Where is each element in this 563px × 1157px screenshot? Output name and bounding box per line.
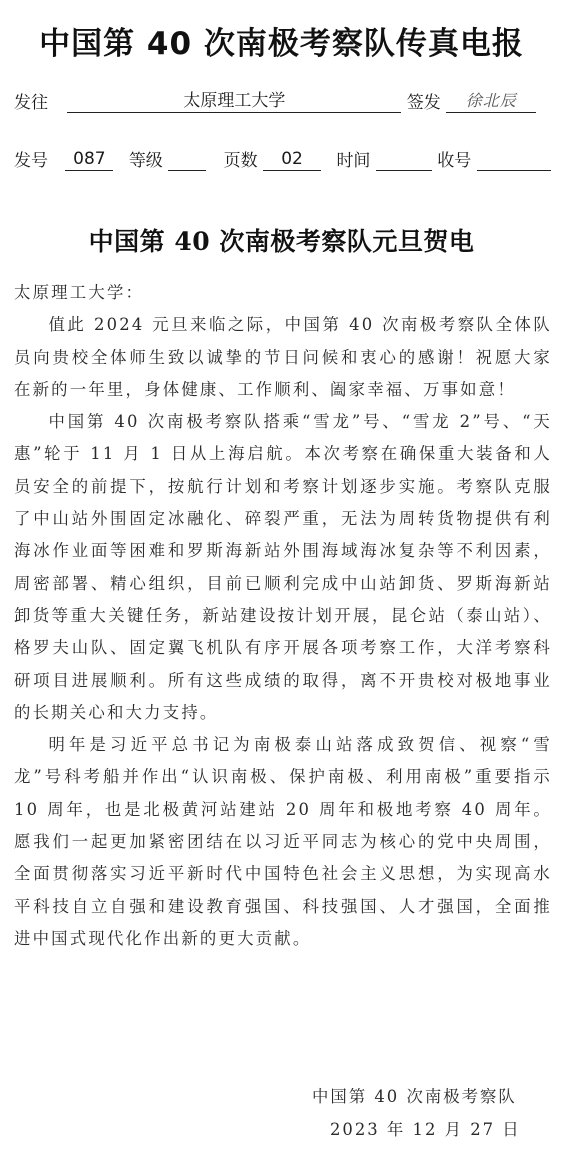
serial-field: 087 — [65, 148, 113, 171]
receipt-field — [477, 148, 551, 171]
letter-title: 中国第 40 次南极考察队元旦贺电 — [0, 222, 563, 258]
serial-label: 发号 — [14, 146, 48, 171]
fax-title: 中国第 40 次南极考察队传真电报 — [0, 18, 563, 63]
salutation: 太原理工大学： — [14, 277, 552, 309]
fax-meta-row: 发号 087 等级 页数 02 时间 收号 — [14, 146, 551, 171]
letter-body: 太原理工大学： 值此 2024 元旦来临之际，中国第 40 次南极考察队全体队员… — [14, 277, 552, 955]
paragraph: 明年是习近平总书记为南极泰山站落成致贺信、视察“雪龙”号科考船并作出“认识南极、… — [14, 729, 552, 955]
signature: 徐北辰 — [446, 90, 536, 113]
grade-field — [168, 148, 206, 171]
signature-date: 2023 年 12 月 27 日 — [330, 1116, 521, 1140]
fax-document: 中国第 40 次南极考察队传真电报 发往 太原理工大学 签发 徐北辰 发号 08… — [0, 0, 563, 1157]
receipt-label: 收号 — [437, 146, 471, 171]
send-to-row: 发往 太原理工大学 签发 徐北辰 — [14, 88, 536, 113]
paragraph: 值此 2024 元旦来临之际，中国第 40 次南极考察队全体队员向贵校全体师生致… — [14, 309, 552, 406]
grade-label: 等级 — [129, 146, 163, 171]
pages-field: 02 — [263, 148, 321, 171]
time-label: 时间 — [336, 146, 370, 171]
time-field — [376, 148, 432, 171]
paragraph: 中国第 40 次南极考察队搭乘“雪龙”号、“雪龙 2”号、“天惠”轮于 11 月… — [14, 406, 552, 729]
send-to-field: 太原理工大学 — [67, 90, 401, 113]
signature-org: 中国第 40 次南极考察队 — [312, 1083, 517, 1107]
pages-label: 页数 — [224, 146, 258, 171]
signed-by-label: 签发 — [407, 88, 441, 113]
send-to-label: 发往 — [14, 88, 48, 113]
